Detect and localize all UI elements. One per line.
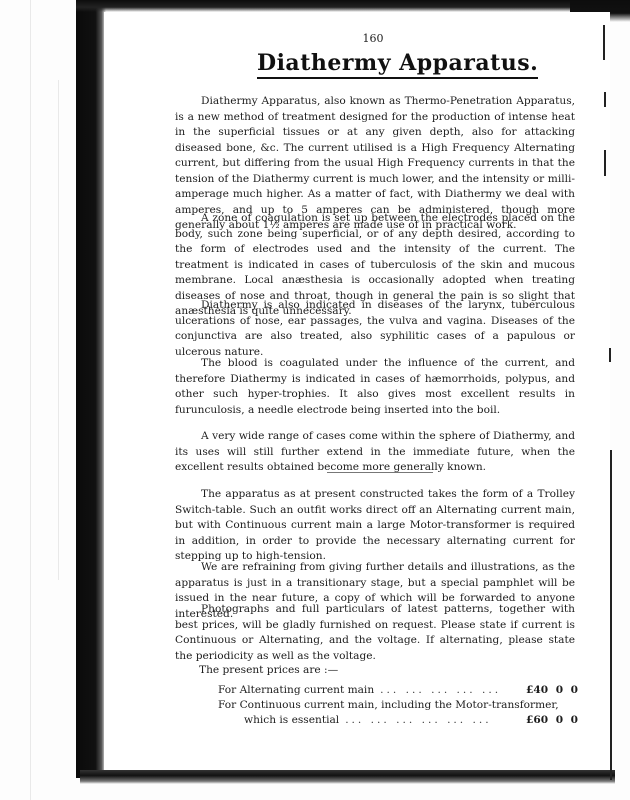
scan-mark xyxy=(609,348,611,362)
price-pounds: £60 xyxy=(526,713,548,728)
leader-dots: ... ... ... ... ... xyxy=(374,683,526,698)
paragraph-prices-intro: The present prices are :— xyxy=(175,663,575,679)
scan-mark xyxy=(604,92,606,107)
book-gutter-shadow xyxy=(76,0,106,778)
paragraph-blood: The blood is coagulated under the influe… xyxy=(175,356,575,418)
page-number: 160 xyxy=(343,32,403,45)
price-row-alternating: For Alternating current main ... ... ...… xyxy=(218,683,578,698)
paragraph-range: A very wide range of cases come within t… xyxy=(175,429,575,476)
price-description: For Continuous current main, including t… xyxy=(218,698,559,713)
section-divider xyxy=(327,472,433,473)
price-row-continuous-cont: which is essential ... ... ... ... ... .… xyxy=(218,713,578,728)
price-amount: £60 0 0 xyxy=(526,713,578,728)
price-description: For Alternating current main xyxy=(218,683,374,698)
price-pence: 0 xyxy=(571,713,578,728)
leader-dots: ... ... ... ... ... ... xyxy=(339,713,526,728)
paragraph-apparatus: The apparatus as at present constructed … xyxy=(175,487,575,565)
price-list: For Alternating current main ... ... ...… xyxy=(218,683,578,728)
scan-streak xyxy=(58,80,59,580)
scan-mark xyxy=(603,25,605,60)
paragraph-photographs: Photographs and full particulars of late… xyxy=(175,602,575,664)
page-title: Diathermy Apparatus. xyxy=(257,50,538,79)
price-pence: 0 xyxy=(571,683,578,698)
price-row-continuous: For Continuous current main, including t… xyxy=(218,698,578,713)
page-top-shadow xyxy=(76,0,624,12)
price-shillings: 0 xyxy=(556,683,563,698)
price-amount: £40 0 0 xyxy=(526,683,578,698)
price-description-continuation: which is essential xyxy=(244,713,339,728)
paragraph-indications: Diathermy is also indicated in diseases … xyxy=(175,298,575,360)
scan-streak xyxy=(30,0,31,800)
price-pounds: £40 xyxy=(526,683,548,698)
page-bottom-shadow xyxy=(80,770,615,784)
price-shillings: 0 xyxy=(556,713,563,728)
scan-mark xyxy=(604,150,606,176)
page-right-edge xyxy=(610,450,612,780)
